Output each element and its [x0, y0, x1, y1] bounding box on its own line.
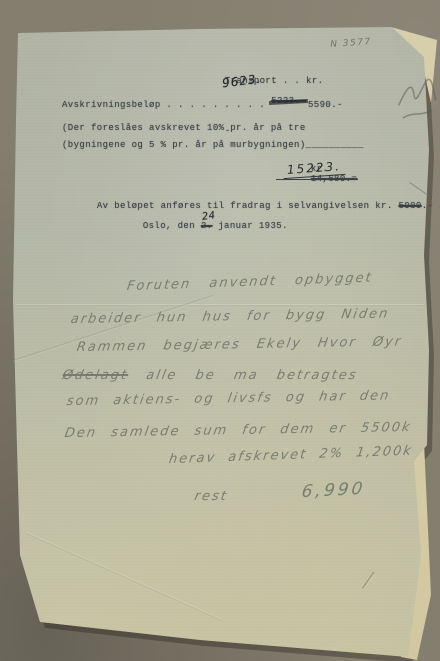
date-prefix: Oslo, den — [143, 221, 201, 231]
note-line-2: (bygningene og 5 % pr. år på murbygninge… — [62, 140, 364, 150]
handwriting-line-3: Rammen begjæres Ekely Hvor Øyr — [76, 334, 404, 355]
horizontal-fold-crease — [16, 304, 424, 306]
handwriting-line-2: arbeider hun hus for bygg Niden — [70, 306, 391, 327]
transport-handwritten-amount: 9623. — [221, 72, 262, 91]
fradrag-label: Av beløpet anføres til fradrag i selvang… — [97, 201, 399, 211]
sum-underline — [276, 179, 358, 180]
handwriting-line-1: Foruten anvendt opbygget — [126, 270, 374, 294]
date-line: Oslo, den 2.24 januar 1935. — [108, 211, 288, 241]
date-handwritten-day: 24 — [201, 210, 216, 223]
bottom-fold-crease — [26, 532, 223, 621]
handwriting-line-4-rest: alle be ma betragtes — [127, 368, 359, 383]
handwriting-line-5: som aktiens- og livsfs og har den — [66, 388, 392, 409]
note-line-1: (Der foreslåes avskrevet 10% pr. år på t… — [62, 123, 306, 133]
date-day: 2.24 — [201, 221, 213, 231]
fradrag-struck-amount: 5000 — [398, 201, 421, 211]
handwriting-line-7: herav afskrevet 2% 1,200k — [168, 443, 414, 467]
avskrivning-value: 5590.- — [308, 100, 343, 110]
document-content: N 3577 Transport . . kr. 5223.- 9623. - … — [0, 0, 440, 661]
pencil-scribble — [392, 65, 440, 129]
avskrivning-label: Avskrivningsbeløp . . . . . . . . . — [62, 100, 265, 110]
handwriting-line-8-word: rest — [193, 489, 229, 504]
transport-struck-amount: 5223.- — [271, 96, 306, 106]
fradrag-dash: .- — [422, 201, 434, 211]
scan-background: N 3577 Transport . . kr. 5223.- 9623. - … — [0, 0, 440, 661]
handwriting-struck-word: Ødelagt — [61, 368, 129, 383]
handwriting-line-6: Den samlede sum for dem er 5500k — [64, 420, 413, 441]
handwriting-total-value: 6,990 — [301, 479, 367, 502]
archive-number-note: N 3577 — [330, 37, 372, 50]
date-suffix: januar 1935. — [212, 221, 287, 231]
pencil-scratch-mark — [362, 572, 374, 589]
handwriting-line-4: Ødelagt alle be ma betragtes — [61, 368, 358, 383]
